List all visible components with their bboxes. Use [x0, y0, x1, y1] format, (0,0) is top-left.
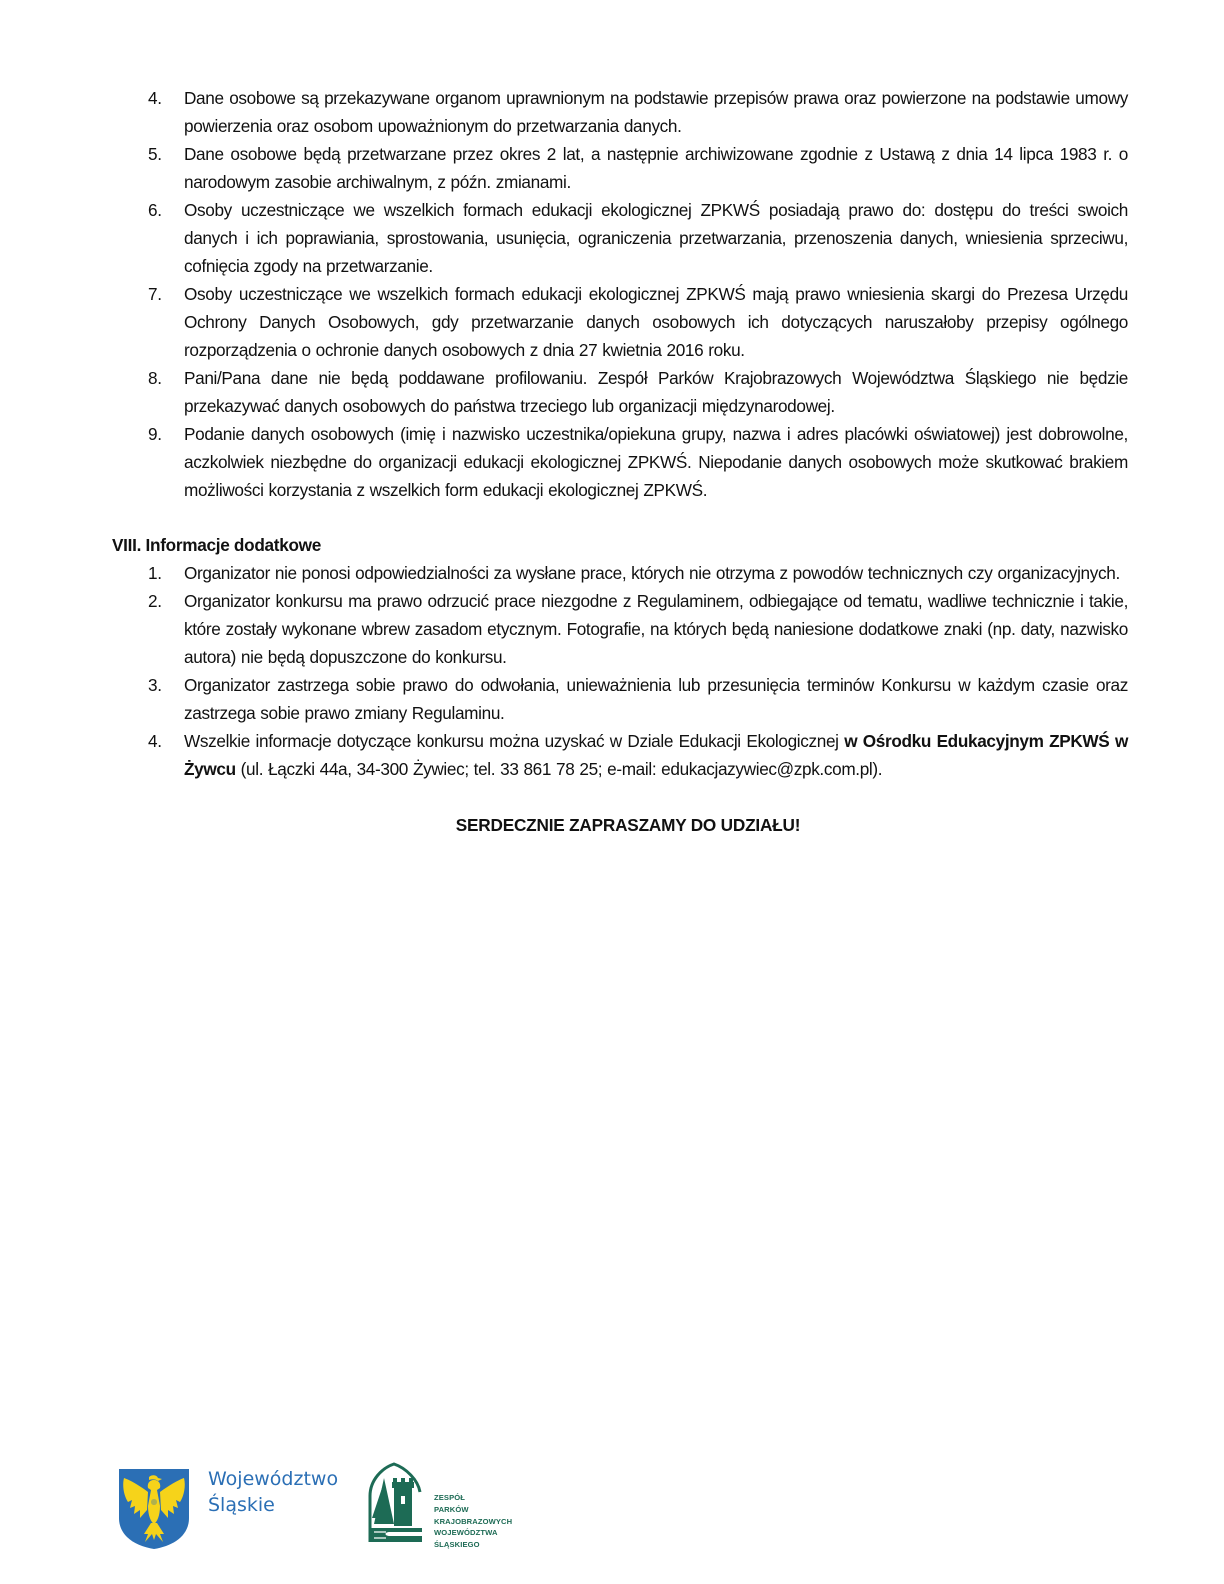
privacy-clause-list: 4.Dane osobowe są przekazywane organom u… [112, 84, 1128, 504]
additional-info-item: 1.Organizator nie ponosi odpowiedzialnoś… [112, 559, 1128, 587]
item-number: 4. [148, 727, 162, 755]
item-text: Osoby uczestniczące we wszelkich formach… [184, 284, 1128, 360]
item-text: Pani/Pana dane nie będą poddawane profil… [184, 368, 1128, 416]
zpk-logo-line: ZESPÓŁ [434, 1492, 512, 1504]
item-text: (ul. Łączki 44a, 34-300 Żywiec; tel. 33 … [236, 759, 882, 779]
zpk-logo-line: ŚLĄSKIEGO [434, 1539, 512, 1551]
item-text: Podanie danych osobowych (imię i nazwisk… [184, 424, 1128, 500]
silesia-logo-text: Województwo Śląskie [208, 1466, 338, 1518]
closing-invitation: SERDECZNIE ZAPRASZAMY DO UDZIAŁU! [112, 811, 1128, 839]
additional-info-item: 4.Wszelkie informacje dotyczące konkursu… [112, 727, 1128, 783]
item-text: Organizator zastrzega sobie prawo do odw… [184, 675, 1128, 723]
silesia-logo-line: Śląskie [208, 1492, 338, 1518]
item-number: 6. [148, 196, 162, 224]
item-text: Organizator konkursu ma prawo odrzucić p… [184, 591, 1128, 667]
item-text: Dane osobowe będą przetwarzane przez okr… [184, 144, 1128, 192]
footer-logos: Województwo Śląskie ZESPÓŁ PARKÓW KRAJOB… [118, 1462, 538, 1552]
item-number: 4. [148, 84, 162, 112]
item-text: Organizator nie ponosi odpowiedzialności… [184, 563, 1120, 583]
privacy-clause-item: 9.Podanie danych osobowych (imię i nazwi… [112, 420, 1128, 504]
item-number: 1. [148, 559, 162, 587]
item-number: 5. [148, 140, 162, 168]
item-number: 2. [148, 587, 162, 615]
privacy-clause-item: 6.Osoby uczestniczące we wszelkich forma… [112, 196, 1128, 280]
item-text: Osoby uczestniczące we wszelkich formach… [184, 200, 1128, 276]
privacy-clause-item: 4.Dane osobowe są przekazywane organom u… [112, 84, 1128, 140]
zpk-park-logo-icon [366, 1462, 426, 1544]
privacy-clause-item: 8.Pani/Pana dane nie będą poddawane prof… [112, 364, 1128, 420]
section-heading: VIII. Informacje dodatkowe [112, 531, 1128, 559]
item-number: 8. [148, 364, 162, 392]
privacy-clause-item: 5.Dane osobowe będą przetwarzane przez o… [112, 140, 1128, 196]
item-number: 9. [148, 420, 162, 448]
item-text: Wszelkie informacje dotyczące konkursu m… [184, 731, 844, 751]
document-page: 4.Dane osobowe są przekazywane organom u… [0, 0, 1224, 1584]
zpk-logo-text: ZESPÓŁ PARKÓW KRAJOBRAZOWYCH WOJEWÓDZTWA… [434, 1492, 512, 1551]
document-content: 4.Dane osobowe są przekazywane organom u… [112, 84, 1128, 856]
zpk-logo-line: KRAJOBRAZOWYCH [434, 1516, 512, 1528]
item-number: 7. [148, 280, 162, 308]
zpk-logo-line: PARKÓW [434, 1504, 512, 1516]
additional-info-list: 1.Organizator nie ponosi odpowiedzialnoś… [112, 559, 1128, 783]
item-number: 3. [148, 671, 162, 699]
privacy-clause-item: 7.Osoby uczestniczące we wszelkich forma… [112, 280, 1128, 364]
zpk-logo-line: WOJEWÓDZTWA [434, 1527, 512, 1539]
item-text: Dane osobowe są przekazywane organom upr… [184, 88, 1128, 136]
silesia-coat-of-arms-icon [118, 1468, 190, 1550]
additional-info-item: 3.Organizator zastrzega sobie prawo do o… [112, 671, 1128, 727]
silesia-logo-line: Województwo [208, 1466, 338, 1492]
additional-info-item: 2.Organizator konkursu ma prawo odrzucić… [112, 587, 1128, 671]
